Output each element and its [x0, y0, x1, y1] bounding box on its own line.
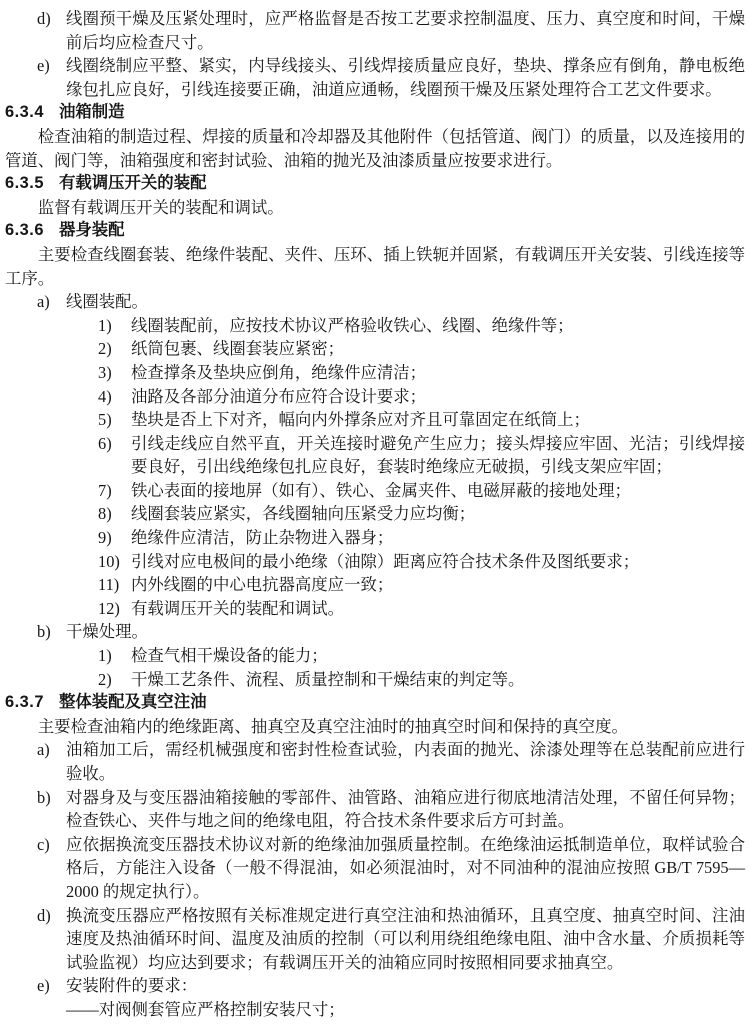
list-item-text: 线圈装配前，应按技术协议严格验收铁心、线圈、绝缘件等； [131, 314, 745, 338]
section-title: 有载调压开关的装配 [59, 172, 207, 196]
section-heading: 6.3.6器身装配 [5, 219, 745, 243]
list-item-letter: b)对器身及与变压器油箱接触的零部件、油管路、油箱应进行彻底地清洁处理，不留任何… [37, 786, 745, 833]
paragraph: 主要检查线圈套装、绝缘件装配、夹件、压环、插上铁轭并固紧，有载调压开关安装、引线… [5, 243, 745, 290]
section-heading: 6.3.5有载调压开关的装配 [5, 172, 745, 196]
paragraph: 主要检查油箱内的绝缘距离、抽真空及真空注油时的抽真空时间和保持的真空度。 [5, 715, 745, 739]
list-item-letter: a)线圈装配。 [37, 290, 745, 314]
section-number: 6.3.5 [5, 172, 44, 196]
list-item-label: 3) [98, 361, 123, 385]
list-item-number: 8)线圈套装应紧实，各线圈轴向压紧受力应均衡； [98, 502, 745, 526]
list-item-text: 对器身及与变压器油箱接触的零部件、油管路、油箱应进行彻底地清洁处理，不留任何异物… [66, 786, 745, 833]
list-item-text: 检查撑条及垫块应倒角，绝缘件应清洁； [131, 361, 745, 385]
list-item-letter: d)换流变压器应严格按照有关标准规定进行真空注油和热油循环，且真空度、抽真空时间… [37, 904, 745, 975]
section-number: 6.3.7 [5, 691, 44, 715]
list-item-number: 1)检查气相干燥设备的能力； [98, 644, 745, 668]
section-title: 油箱制造 [59, 101, 125, 125]
list-item-label: 6) [98, 432, 123, 479]
list-item-letter: b)干燥处理。 [37, 620, 745, 644]
list-item-text: 油箱加工后，需经机械强度和密封性检查试验，内表面的抛光、涂漆处理等在总装配前应进… [66, 738, 745, 785]
list-item-label: 2) [98, 337, 123, 361]
list-item-text: 引线走线应自然平直，开关连接时避免产生应力；接头焊接应牢固、光洁；引线焊接要良好… [131, 432, 745, 479]
list-item-label: 11) [98, 573, 123, 597]
paragraph: 监督有载调压开关的装配和调试。 [5, 196, 745, 220]
list-item-label: b) [37, 620, 66, 644]
section-number: 6.3.4 [5, 101, 44, 125]
list-item-label: b) [37, 786, 66, 833]
list-item-letter: a)油箱加工后，需经机械强度和密封性检查试验，内表面的抛光、涂漆处理等在总装配前… [37, 738, 745, 785]
list-item-text: 线圈预干燥及压紧处理时，应严格监督是否按工艺要求控制温度、压力、真空度和时间，干… [66, 7, 745, 54]
list-item-label: 4) [98, 385, 123, 409]
list-item-letter: e)安装附件的要求： [37, 974, 745, 998]
list-item-label: 1) [98, 644, 123, 668]
list-item-text: 引线对应电极间的最小绝缘（油隙）距离应符合技术条件及图纸要求； [131, 550, 745, 574]
list-item-label: d) [37, 904, 66, 975]
list-item-text: 铁心表面的接地屏（如有）、铁心、金属夹件、电磁屏蔽的接地处理； [131, 479, 745, 503]
list-item-text: 应依据换流变压器技术协议对新的绝缘油加强质量控制。在绝缘油运抵制造单位，取样试验… [66, 833, 745, 904]
list-item-number: 11)内外线圈的中心电抗器高度应一致； [98, 573, 745, 597]
list-item-text: 内外线圈的中心电抗器高度应一致； [131, 573, 745, 597]
list-item-number: 5)垫块是否上下对齐，幅向内外撑条应对齐且可靠固定在纸筒上； [98, 408, 745, 432]
list-item-label: a) [37, 738, 66, 785]
list-item-label: 5) [98, 408, 123, 432]
list-item-text: 干燥处理。 [66, 620, 745, 644]
list-item-text: 纸筒包裹、线圈套装应紧密； [131, 337, 745, 361]
list-item-letter: c)应依据换流变压器技术协议对新的绝缘油加强质量控制。在绝缘油运抵制造单位，取样… [37, 833, 745, 904]
section-title: 器身装配 [59, 219, 125, 243]
list-item-label: 10) [98, 550, 123, 574]
list-item-text: 油路及各部分油道分布应符合设计要求； [131, 385, 745, 409]
list-item-letter: e)线圈绕制应平整、紧实，内导线接头、引线焊接质量应良好，垫块、撑条应有倒角，静… [37, 54, 745, 101]
list-item-text: 线圈装配。 [66, 290, 745, 314]
list-item-text: 干燥工艺条件、流程、质量控制和干燥结束的判定等。 [131, 668, 745, 692]
list-item-label: e) [37, 54, 66, 101]
list-item-number: 9)绝缘件应清洁，防止杂物进入器身； [98, 526, 745, 550]
list-item-number: 6)引线走线应自然平直，开关连接时避免产生应力；接头焊接应牢固、光洁；引线焊接要… [98, 432, 745, 479]
list-item-label: c) [37, 833, 66, 904]
section-heading: 6.3.4油箱制造 [5, 101, 745, 125]
list-item-label: a) [37, 290, 66, 314]
list-item-number: 2)干燥工艺条件、流程、质量控制和干燥结束的判定等。 [98, 668, 745, 692]
list-item-number: 12)有载调压开关的装配和调试。 [98, 597, 745, 621]
section-title: 整体装配及真空注油 [59, 691, 207, 715]
list-item-number: 10)引线对应电极间的最小绝缘（油隙）距离应符合技术条件及图纸要求； [98, 550, 745, 574]
list-item-letter: d)线圈预干燥及压紧处理时，应严格监督是否按工艺要求控制温度、压力、真空度和时间… [37, 7, 745, 54]
list-item-number: 4)油路及各部分油道分布应符合设计要求； [98, 385, 745, 409]
list-item-label: 2) [98, 668, 123, 692]
section-heading: 6.3.7整体装配及真空注油 [5, 691, 745, 715]
list-item-text: 绝缘件应清洁，防止杂物进入器身； [131, 526, 745, 550]
list-item-label: 7) [98, 479, 123, 503]
list-item-text: 有载调压开关的装配和调试。 [131, 597, 745, 621]
document-page: d)线圈预干燥及压紧处理时，应严格监督是否按工艺要求控制温度、压力、真空度和时间… [0, 0, 750, 1032]
list-item-text: 垫块是否上下对齐，幅向内外撑条应对齐且可靠固定在纸筒上； [131, 408, 745, 432]
list-item-label: e) [37, 974, 66, 998]
section-number: 6.3.6 [5, 219, 44, 243]
dash-item: ——对阀侧套管应严格控制安装尺寸； [66, 998, 745, 1022]
list-item-number: 7)铁心表面的接地屏（如有）、铁心、金属夹件、电磁屏蔽的接地处理； [98, 479, 745, 503]
paragraph: 检查油箱的制造过程、焊接的质量和冷却器及其他附件（包括管道、阀门）的质量，以及连… [5, 125, 745, 172]
list-item-label: d) [37, 7, 66, 54]
list-item-text: 安装附件的要求： [66, 974, 745, 998]
list-item-label: 8) [98, 502, 123, 526]
list-item-text: 线圈套装应紧实，各线圈轴向压紧受力应均衡； [131, 502, 745, 526]
list-item-label: 12) [98, 597, 123, 621]
list-item-label: 1) [98, 314, 123, 338]
list-item-number: 2)纸筒包裹、线圈套装应紧密； [98, 337, 745, 361]
list-item-text: 线圈绕制应平整、紧实，内导线接头、引线焊接质量应良好，垫块、撑条应有倒角，静电板… [66, 54, 745, 101]
list-item-label: 9) [98, 526, 123, 550]
list-item-text: 换流变压器应严格按照有关标准规定进行真空注油和热油循环，且真空度、抽真空时间、注… [66, 904, 745, 975]
list-item-text: 检查气相干燥设备的能力； [131, 644, 745, 668]
list-item-number: 1)线圈装配前，应按技术协议严格验收铁心、线圈、绝缘件等； [98, 314, 745, 338]
list-item-number: 3)检查撑条及垫块应倒角，绝缘件应清洁； [98, 361, 745, 385]
